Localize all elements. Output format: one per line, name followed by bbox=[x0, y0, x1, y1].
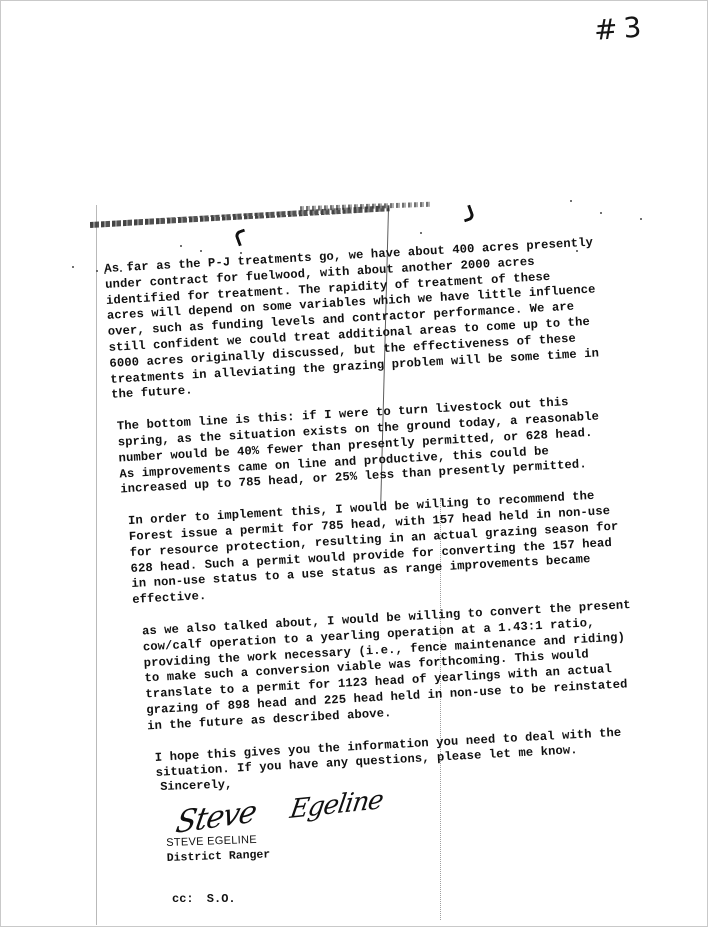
paragraph-implementation: In order to implement this, I would be w… bbox=[128, 487, 642, 609]
carbon-copy-line: cc: S.O. bbox=[172, 892, 236, 906]
closing-salutation: Sincerely, bbox=[160, 777, 232, 794]
paragraph-yearling-conversion: as we also talked about, I would be will… bbox=[142, 597, 649, 735]
signer-block: STEVE EGELINE District Ranger bbox=[166, 832, 271, 866]
paragraph-closing-remarks: I hope this gives you the information yo… bbox=[154, 724, 651, 782]
letter-body: As far as the P-J treatments go, we have… bbox=[104, 234, 652, 799]
handwritten-page-number: #3 bbox=[593, 10, 648, 47]
paragraph-pj-treatments: As far as the P-J treatments go, we have… bbox=[104, 234, 631, 404]
paragraph-bottom-line: The bottom line is this: if I were to tu… bbox=[117, 392, 637, 499]
scan-artifact-left-edge bbox=[96, 205, 97, 925]
